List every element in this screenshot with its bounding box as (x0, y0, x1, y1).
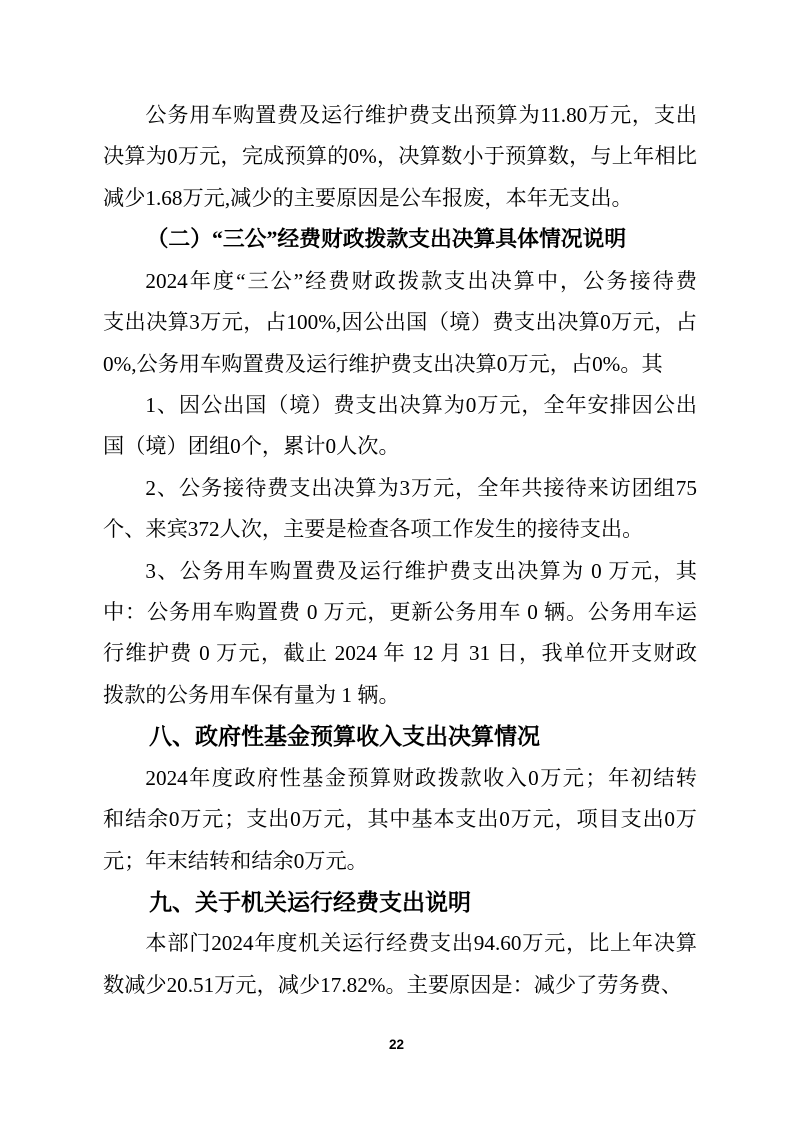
text-line: 数减少20.51万元，减少17.82%。主要原因是：减少了劳务费、 (103, 965, 697, 1006)
text-line: 1、因公出国（境）费支出决算为0万元，全年安排因公出 (103, 385, 697, 426)
text-line: 0%,公务用车购置费及运行维护费支出决算0万元，占0%。其中： (103, 344, 697, 385)
heading-section-9-operating-expenses: 九、关于机关运行经费支出说明 (103, 882, 697, 923)
page-number: 22 (0, 1037, 793, 1052)
text-line: 决算为0万元，完成预算的0%，决算数小于预算数，与上年相比 (103, 136, 697, 177)
paragraph-three-public-breakdown: 2024年度“三公”经费财政拨款支出决算中，公务接待费 支出决算3万元，占100… (103, 261, 697, 385)
paragraph-operating-expenses: 本部门2024年度机关运行经费支出94.60万元，比上年决算 数减少20.51万… (103, 923, 697, 1006)
text-line: 和结余0万元；支出0万元，其中基本支出0万元，项目支出0万 (103, 799, 697, 840)
text-line: 拨款的公务用车保有量为 1 辆。 (103, 675, 697, 716)
subheading-three-public-expenses-detail: （二）“三公”经费财政拨款支出决算具体情况说明 (103, 219, 697, 260)
paragraph-item2-official-reception: 2、公务接待费支出决算为3万元，全年共接待来访团组75 个、来宾372人次，主要… (103, 468, 697, 551)
text-line: 减少1.68万元,减少的主要原因是公车报废，本年无支出。 (103, 178, 697, 219)
text-line: 国（境）团组0个，累计0人次。 (103, 426, 697, 467)
text-line: 个、来宾372人次，主要是检查各项工作发生的接待支出。 (103, 509, 697, 550)
text-line: 元；年末结转和结余0万元。 (103, 841, 697, 882)
text-line: 中：公务用车购置费 0 万元，更新公务用车 0 辆。公务用车运 (103, 592, 697, 633)
paragraph-item3-official-vehicles: 3、公务用车购置费及运行维护费支出决算为 0 万元，其 中：公务用车购置费 0 … (103, 551, 697, 717)
document-page: 公务用车购置费及运行维护费支出预算为11.80万元，支出 决算为0万元，完成预算… (0, 0, 793, 1122)
text-line: 支出决算3万元，占100%,因公出国（境）费支出决算0万元，占 (103, 302, 697, 343)
text-line: 2、公务接待费支出决算为3万元，全年共接待来访团组75 (103, 468, 697, 509)
paragraph-government-fund-budget: 2024年度政府性基金预算财政拨款收入0万元；年初结转 和结余0万元；支出0万元… (103, 758, 697, 882)
paragraph-vehicle-budget: 公务用车购置费及运行维护费支出预算为11.80万元，支出 决算为0万元，完成预算… (103, 95, 697, 219)
document-text-block: 公务用车购置费及运行维护费支出预算为11.80万元，支出 决算为0万元，完成预算… (103, 95, 697, 1006)
paragraph-item1-overseas-trips: 1、因公出国（境）费支出决算为0万元，全年安排因公出 国（境）团组0个，累计0人… (103, 385, 697, 468)
text-line: 2024年度政府性基金预算财政拨款收入0万元；年初结转 (103, 758, 697, 799)
text-line: 3、公务用车购置费及运行维护费支出决算为 0 万元，其 (103, 551, 697, 592)
text-line: 行维护费 0 万元，截止 2024 年 12 月 31 日，我单位开支财政 (103, 633, 697, 674)
heading-section-8-government-funds: 八、政府性基金预算收入支出决算情况 (103, 716, 697, 757)
text-line: 本部门2024年度机关运行经费支出94.60万元，比上年决算 (103, 923, 697, 964)
text-line: 公务用车购置费及运行维护费支出预算为11.80万元，支出 (103, 95, 697, 136)
text-line: 2024年度“三公”经费财政拨款支出决算中，公务接待费 (103, 261, 697, 302)
